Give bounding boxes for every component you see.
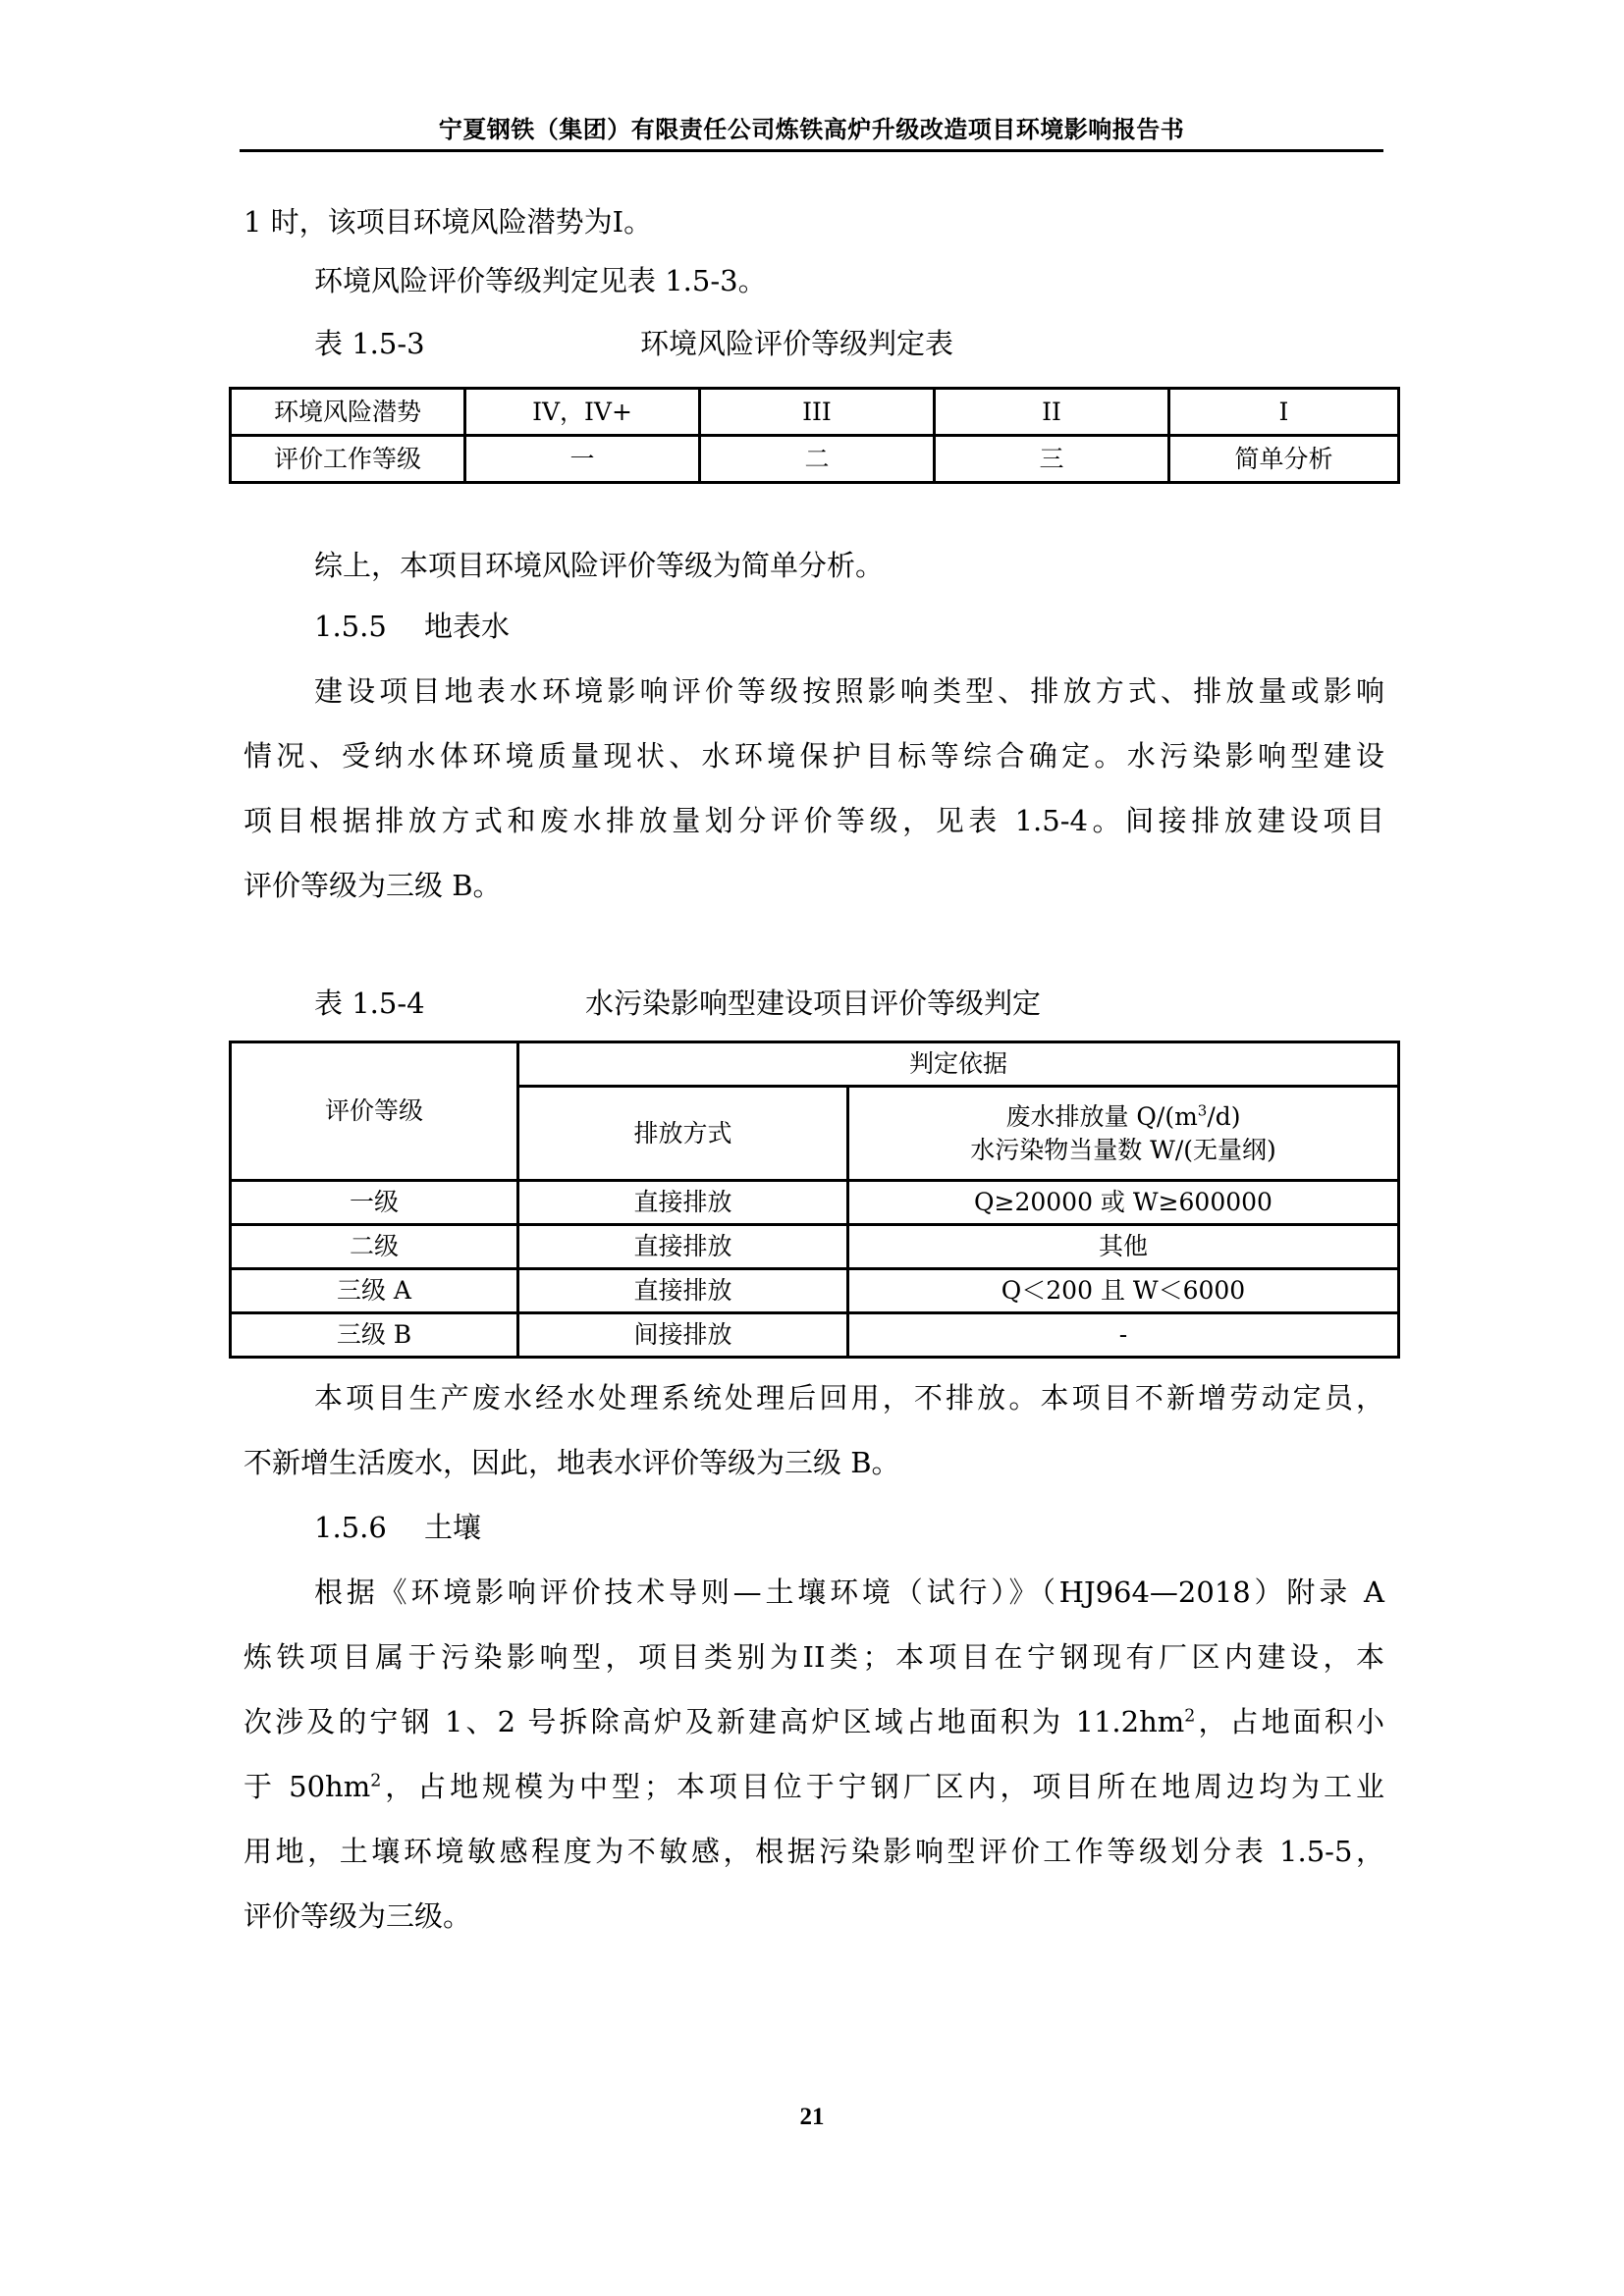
text-run: ，占地规模为中型；本项目位于宁钢厂区内，项目所在地周边均为工业 xyxy=(381,1770,1384,1803)
table-cell: - xyxy=(848,1313,1399,1358)
table-row: 三级 B 间接排放 - xyxy=(231,1313,1399,1358)
section-1-5-6-title: 土壤 xyxy=(424,1514,481,1542)
risk-summary: 综上，本项目环境风险评价等级为简单分析。 xyxy=(314,552,884,580)
page-number: 21 xyxy=(0,2104,1624,2131)
header-grade: 评价等级 xyxy=(231,1042,518,1181)
header-quantity: 废水排放量 Q/(m3/d) 水污染物当量数 W/(无量纲) xyxy=(848,1087,1399,1181)
table-row: 一级 直接排放 Q≥20000 或 W≥600000 xyxy=(231,1181,1399,1225)
para-1-5-5-line-3: 项目根据排放方式和废水排放量划分评价等级，见表 1.5-4。间接排放建设项目 xyxy=(244,807,1384,835)
intro-line-2: 环境风险评价等级判定见表 1.5-3。 xyxy=(314,267,767,295)
para-1-5-6-line-2: 炼铁项目属于污染影响型，项目类别为II类；本项目在宁钢现有厂区内建设，本 xyxy=(244,1643,1384,1672)
para-1-5-6-line-1: 根据《环境影响评价技术导则—土壤环境（试行）》（HJ964—2018）附录 A xyxy=(314,1578,1384,1607)
superscript: 3 xyxy=(1198,1101,1208,1119)
para-1-5-6-line-6: 评价等级为三级。 xyxy=(244,1902,471,1931)
table-row: 环境风险潜势 IV，IV+ III II I xyxy=(231,389,1399,436)
table-cell: Q≥20000 或 W≥600000 xyxy=(848,1181,1399,1225)
para-1-5-5-line-2: 情况、受纳水体环境质量现状、水环境保护目标等综合确定。水污染影响型建设 xyxy=(244,742,1384,771)
header-quantity-line2: 水污染物当量数 W/(无量纲) xyxy=(970,1136,1276,1164)
table-row: 评价工作等级 一 二 三 简单分析 xyxy=(231,436,1399,483)
table-row: 二级 直接排放 其他 xyxy=(231,1225,1399,1269)
after-table-line-2: 不新增生活废水，因此，地表水评价等级为三级 B。 xyxy=(244,1449,900,1477)
para-1-5-6-line-3: 次涉及的宁钢 1、2 号拆除高炉及新建高炉区域占地面积为 11.2hm2，占地面… xyxy=(244,1708,1384,1736)
table-1-5-4-number: 表 1.5-4 xyxy=(314,989,425,1018)
para-1-5-6-line-5: 用地，土壤环境敏感程度为不敏感，根据污染影响型评价工作等级划分表 1.5-5， xyxy=(244,1838,1384,1866)
table-cell: 其他 xyxy=(848,1225,1399,1269)
table-cell: IV，IV+ xyxy=(465,389,700,436)
superscript: 2 xyxy=(370,1771,381,1790)
intro-line-1: 1 时，该项目环境风险潜势为I。 xyxy=(244,208,652,237)
table-cell: 环境风险潜势 xyxy=(231,389,465,436)
running-header: 宁夏钢铁（集团）有限责任公司炼铁高炉升级改造项目环境影响报告书 xyxy=(240,110,1383,144)
table-1-5-3-number: 表 1.5-3 xyxy=(314,330,425,358)
header-quantity-line1: 废水排放量 Q/(m xyxy=(1005,1102,1197,1131)
text-run: 于 50hm xyxy=(244,1770,370,1803)
table-cell: 评价工作等级 xyxy=(231,436,465,483)
header-method: 排放方式 xyxy=(518,1087,848,1181)
table-cell: II xyxy=(935,389,1169,436)
header-quantity-line1-end: /d) xyxy=(1207,1102,1240,1131)
table-cell: 直接排放 xyxy=(518,1269,848,1313)
table-cell: 一级 xyxy=(231,1181,518,1225)
table-cell: Q＜200 且 W＜6000 xyxy=(848,1269,1399,1313)
text-run: 次涉及的宁钢 1、2 号拆除高炉及新建高炉区域占地面积为 11.2hm xyxy=(244,1705,1184,1738)
table-cell: 二 xyxy=(700,436,935,483)
table-cell: 简单分析 xyxy=(1169,436,1399,483)
table-1-5-3: 环境风险潜势 IV，IV+ III II I 评价工作等级 一 二 三 简单分析 xyxy=(229,387,1400,484)
section-1-5-5-number: 1.5.5 xyxy=(314,613,387,641)
table-1-5-3-title: 环境风险评价等级判定表 xyxy=(640,330,953,358)
table-1-5-4-title: 水污染影响型建设项目评价等级判定 xyxy=(585,989,1041,1018)
section-1-5-5-title: 地表水 xyxy=(424,613,510,641)
table-1-5-4: 评价等级 判定依据 排放方式 废水排放量 Q/(m3/d) 水污染物当量数 W/… xyxy=(229,1041,1400,1359)
table-cell: 间接排放 xyxy=(518,1313,848,1358)
table-cell: 三 xyxy=(935,436,1169,483)
table-row: 三级 A 直接排放 Q＜200 且 W＜6000 xyxy=(231,1269,1399,1313)
after-table-line-1: 本项目生产废水经水处理系统处理后回用，不排放。本项目不新增劳动定员， xyxy=(314,1384,1384,1413)
text-run: ，占地面积小 xyxy=(1195,1705,1384,1738)
section-1-5-6-number: 1.5.6 xyxy=(314,1514,387,1542)
header-rule xyxy=(240,149,1383,152)
para-1-5-5-line-4: 评价等级为三级 B。 xyxy=(244,872,502,900)
superscript: 2 xyxy=(1184,1706,1195,1726)
para-1-5-6-line-4: 于 50hm2，占地规模为中型；本项目位于宁钢厂区内，项目所在地周边均为工业 xyxy=(244,1773,1384,1801)
table-cell: 二级 xyxy=(231,1225,518,1269)
para-1-5-5-line-1: 建设项目地表水环境影响评价等级按照影响类型、排放方式、排放量或影响 xyxy=(314,677,1384,706)
table-cell: 直接排放 xyxy=(518,1181,848,1225)
table-cell: 一 xyxy=(465,436,700,483)
table-cell: III xyxy=(700,389,935,436)
table-header-row: 评价等级 判定依据 xyxy=(231,1042,1399,1087)
table-cell: 三级 A xyxy=(231,1269,518,1313)
header-basis: 判定依据 xyxy=(518,1042,1399,1087)
table-cell: I xyxy=(1169,389,1399,436)
table-cell: 三级 B xyxy=(231,1313,518,1358)
table-cell: 直接排放 xyxy=(518,1225,848,1269)
